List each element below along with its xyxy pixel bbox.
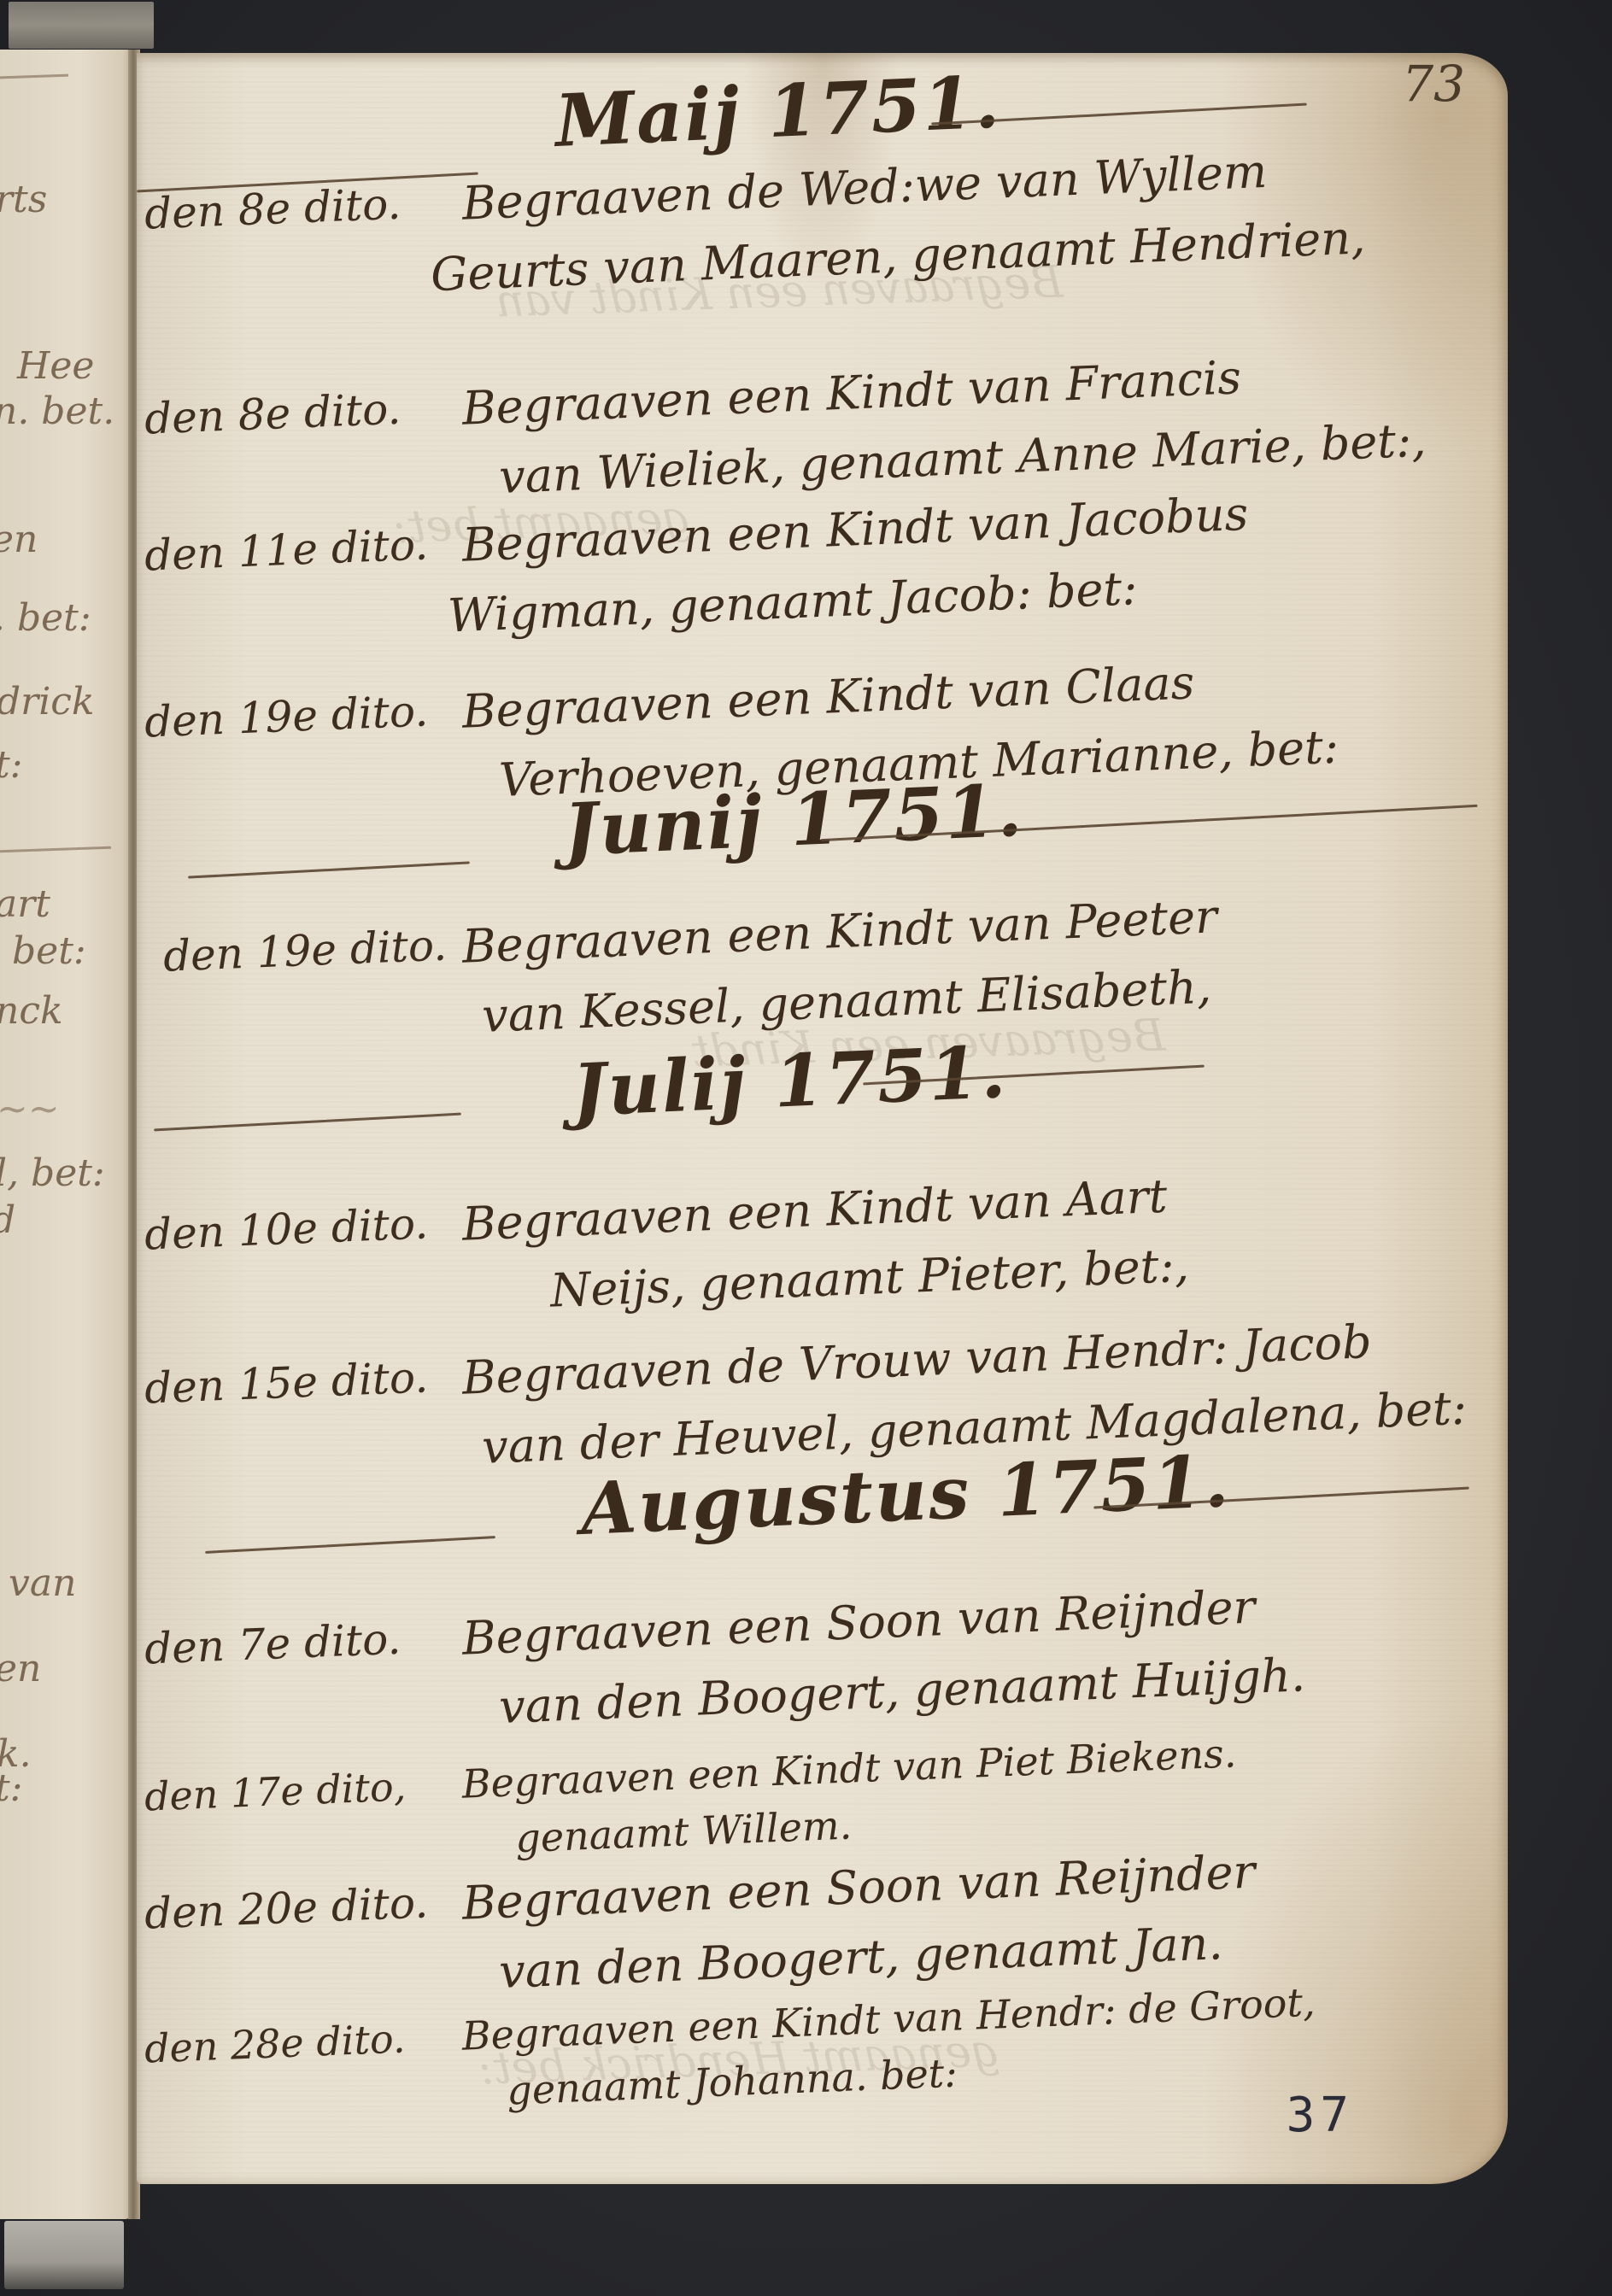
burial-entry: den 17e dito, Begraaven een Kindt van Pi… <box>137 1719 1507 1774</box>
entry-text-line2: Neijs, genaamt Pieter, bet:, <box>549 1239 1190 1318</box>
burial-entry: den 15e dito. Begraaven de Vrouw van Hen… <box>137 1309 1507 1364</box>
facing-rule <box>0 74 68 79</box>
facing-fragment: t: <box>0 743 23 787</box>
entry-text-line1: Begraaven een Kindt van Francis <box>461 350 1242 436</box>
archive-stamp-number: 37 <box>1287 2088 1354 2143</box>
facing-page-fragment: rts Hee n. bet. en . bet: drick t: art b… <box>0 50 133 2219</box>
entry-date: den 19e dito. <box>144 686 429 747</box>
facing-fragment: d <box>0 1198 15 1242</box>
facing-fragment: l, bet: <box>0 1151 105 1195</box>
entry-text-line1: Begraaven een Kindt van Aart <box>461 1169 1169 1251</box>
heading-rule-left <box>205 1536 495 1554</box>
heading-rule-left <box>188 861 470 878</box>
burial-entry: den 10e dito. Begraaven een Kindt van Aa… <box>137 1156 1507 1210</box>
burial-entry: den 19e dito. Begraaven een Kindt van Pe… <box>137 878 1507 933</box>
entry-text-line2: Wigman, genaamt Jacob: bet: <box>447 561 1138 642</box>
facing-fragment: Hee <box>17 344 94 388</box>
entry-date: den 11e dito. <box>144 519 429 580</box>
entry-text-line1: Begraaven een Kindt van Claas <box>461 655 1196 738</box>
burial-entry: den 19e dito. Begraaven een Kindt van Cl… <box>137 643 1507 698</box>
facing-fragment: t: <box>0 1766 23 1810</box>
month-heading-may: Maij 1751. <box>554 59 1003 163</box>
entry-text-line1: Begraaven een Kindt van Peeter <box>461 889 1218 973</box>
entry-date: den 10e dito. <box>144 1198 429 1259</box>
register-page: Begraaven een Kindt van genaamt bet: Beg… <box>137 53 1508 2184</box>
entry-date: den 7e dito. <box>144 1614 402 1674</box>
facing-rule <box>0 846 111 853</box>
facing-fragment: . bet: <box>0 596 91 640</box>
facing-fragment: drick <box>0 680 95 723</box>
entry-date: den 8e dito. <box>144 384 402 444</box>
facing-fragment: en <box>0 518 38 561</box>
entry-date: den 15e dito. <box>144 1352 429 1413</box>
entry-date: den 20e dito. <box>144 1877 429 1938</box>
entry-date: den 19e dito. <box>162 920 448 981</box>
facing-fragment: rts <box>0 178 47 221</box>
binding-strip-top <box>9 2 154 49</box>
entry-date: den 28e dito. <box>144 2015 406 2071</box>
facing-fragment: art <box>0 882 50 926</box>
facing-fragment: en <box>0 1647 41 1690</box>
entry-date: den 17e dito, <box>144 1763 407 1819</box>
facing-fragment: bet: <box>12 929 86 973</box>
facing-fragment: van <box>9 1561 76 1605</box>
entry-text-line1: Begraaven een Kindt van Piet Biekens. <box>461 1730 1237 1807</box>
facing-fragment: nck <box>0 989 63 1033</box>
burial-entry: den 7e dito. Begraaven een Soon van Reij… <box>137 1570 1507 1625</box>
entry-text-line2: genaamt Willem. <box>514 1801 853 1861</box>
binding-strip-bottom <box>4 2221 124 2289</box>
entry-text-line2: van den Boogert, genaamt Huijgh. <box>498 1648 1306 1734</box>
facing-fragment: ~~ <box>0 1087 60 1131</box>
folio-number: 73 <box>1402 55 1465 113</box>
burial-entry: den 8e dito. Begraaven een Kindt van Fra… <box>137 340 1507 395</box>
entry-text-line1: Begraaven een Soon van Reijnder <box>461 1579 1257 1665</box>
entry-date: den 8e dito. <box>144 179 402 239</box>
facing-fragment: n. bet. <box>0 389 114 433</box>
heading-rule-left <box>154 1113 461 1132</box>
